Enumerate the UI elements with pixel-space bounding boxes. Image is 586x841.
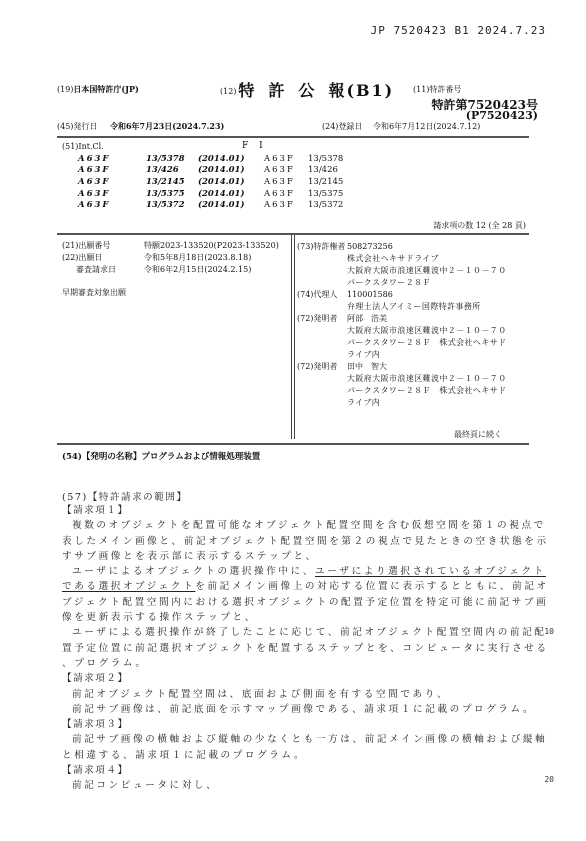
document-id-line: JP 7520423 B1 2024.7.23	[371, 24, 546, 37]
classification-row: A63F 13/5378 (2014.01) A63F 13/5378	[62, 153, 368, 165]
application-number: 特願2023-133520(P2023-133520)	[144, 240, 279, 251]
inventor-address-3: ライブ内	[347, 349, 380, 360]
issue-date-label: (45)発行日	[57, 122, 97, 131]
classification-row: A63F 13/426 (2014.01) A63F 13/426	[62, 165, 368, 177]
registration-date-label: (24)登録日	[322, 122, 362, 131]
claims-body: 【請求項１】 複数のオブジェクトを配置可能なオブジェクト配置空間を含む仮想空間を…	[62, 503, 532, 794]
issuing-office: (19)日本国特許庁(JP)	[57, 84, 139, 95]
column-divider	[291, 235, 295, 439]
application-info: (21)出願番号 特願2023-133520(P2023-133520) (22…	[62, 240, 279, 298]
claim-heading: 【請求項４】	[62, 763, 532, 778]
early-exam-note: 早期審査対象出願	[62, 287, 126, 298]
inventor-name: 田中 智大	[347, 361, 387, 372]
claim-line: 前記オブジェクト配置空間は、底面および側面を有する空間であり、	[62, 687, 532, 702]
inventor-address-1: 大阪府大阪市浪速区難波中２－１０－７０	[347, 325, 507, 336]
continued-note: 最終頁に続く	[454, 429, 502, 440]
claim-line: すサブ画像とを表示部に表示するステップと、	[62, 549, 532, 564]
inventor-address-2: パークスタワー２８Ｆ 株式会社ヘキサド	[347, 337, 507, 348]
claim-line: 前記サブ画像の横軸および縦軸の少なくとも一方は、前記メイン画像の横軸および縦軸	[62, 732, 532, 747]
claim-line: 置予定位置に前記選択オブジェクトを配置するステップとを、コンピュータに実行させる	[62, 641, 532, 656]
classification-row: A63F 13/5372 (2014.01) A63F 13/5372	[62, 199, 368, 211]
exam-request-date: 令和6年2月15日(2024.2.15)	[144, 264, 251, 275]
owner-id: 508273256	[347, 242, 393, 251]
kind-title-rest: 報(B1)	[328, 81, 394, 100]
registration-date-row: (24)登録日 令和6年7月12日(2024.7.12)	[322, 121, 480, 132]
claim-line: 表したメイン画像と、前記オブジェクト配置空間を第２の視点で見たときの空き状態を示	[62, 534, 532, 549]
owner-address-2: パークスタワー２８Ｆ	[347, 277, 431, 288]
owner-label: (73)特許権者	[297, 241, 347, 252]
header-divider	[57, 136, 529, 138]
underlined-amendment: ユーザにより選択されているオブジェクト	[315, 566, 546, 577]
filing-date: 令和5年8月18日(2023.8.18)	[144, 252, 251, 263]
kind-code: (12)	[220, 87, 236, 96]
filing-date-label: (22)出願日	[62, 252, 144, 263]
registration-date: 令和6年7月12日(2024.7.12)	[373, 122, 480, 131]
agent-label: (74)代理人	[297, 289, 347, 300]
exam-request-label: 審査請求日	[62, 264, 144, 275]
owner-name: 株式会社ヘキサドライブ	[347, 253, 439, 264]
inventor-label: (72)発明者	[297, 313, 347, 324]
int-cl-label: (51)Int.Cl.	[62, 142, 104, 151]
issue-date: 令和6年7月23日(2024.7.23)	[110, 121, 224, 131]
bibliography-divider	[57, 443, 529, 445]
application-number-label: (21)出願番号	[62, 240, 144, 251]
office-code: (19)	[57, 85, 73, 94]
kind-title-kanji: 特許公	[238, 81, 328, 100]
inventor-name: 阿部 浩美	[347, 313, 387, 324]
claim-line: である選択オブジェクトを前記メイン画像上の対応する位置に表示するとともに、前記オ	[62, 579, 532, 594]
invention-title: (54)【発明の名称】プログラムおよび情報処理装置	[62, 450, 260, 462]
claim-heading: 【請求項３】	[62, 717, 532, 732]
inventor-label: (72)発明者	[297, 361, 347, 372]
fi-label: F I	[242, 141, 267, 151]
agent-id: 110001586	[347, 290, 393, 299]
classification-row: A63F 13/2145 (2014.01) A63F 13/2145	[62, 176, 368, 188]
claim-line: 、プログラム。	[62, 656, 532, 671]
claim-line: 前記コンピュータに対し、	[62, 778, 532, 793]
inventor-address-1: 大阪府大阪市浪速区難波中２－１０－７０	[347, 373, 507, 384]
owner-address-1: 大阪府大阪市浪速区難波中２－１０－７０	[347, 265, 507, 276]
claim-heading: 【請求項２】	[62, 671, 532, 686]
line-number: 20	[544, 775, 554, 784]
claim-line: ユーザによる選択操作が終了したことに応じて、前記オブジェクト配置空間内の前記配	[62, 625, 532, 640]
claim-line: 像を更新表示する操作ステップと、	[62, 610, 532, 625]
classification-row: A63F 13/5375 (2014.01) A63F 13/5375	[62, 188, 368, 200]
claim-line: 前記サブ画像は、前記底面を示すマップ画像である、請求項１に記載のプログラム。	[62, 702, 532, 717]
parties-info: (73)特許権者 508273256 株式会社ヘキサドライブ 大阪府大阪市浪速区…	[297, 240, 507, 408]
agent-name: 弁理士法人アイミー国際特許事務所	[347, 301, 481, 312]
claim-line: ユーザによるオブジェクトの選択操作中に、ユーザにより選択されているオブジェクト	[62, 564, 532, 579]
claim-line: ブジェクト配置空間内における選択オブジェクトの配置予定位置を特定可能に前記サブ画	[62, 595, 532, 610]
claim-line: 複数のオブジェクトを配置可能なオブジェクト配置空間を含む仮想空間を第１の視点で	[62, 518, 532, 533]
claims-count: 請求項の数 12 (全 28 頁)	[433, 220, 526, 231]
claim-heading: 【請求項１】	[62, 503, 532, 518]
publication-kind-title: (12)特許公報(B1)	[220, 78, 394, 101]
inventor-address-2: パークスタワー２８Ｆ 株式会社ヘキサド	[347, 385, 507, 396]
office-name: 日本国特許庁(JP)	[73, 84, 138, 94]
classification-table: A63F 13/5378 (2014.01) A63F 13/5378 A63F…	[62, 153, 368, 211]
line-number: 10	[544, 627, 554, 636]
inventor-address-3: ライブ内	[347, 397, 380, 408]
issue-date-row: (45)発行日 令和6年7月23日(2024.7.23)	[57, 121, 224, 132]
claim-line: と相違する、請求項１に記載のプログラム。	[62, 748, 532, 763]
claims-section-heading: (57)【特許請求の範囲】	[62, 489, 188, 503]
patent-number-label: (11)特許番号	[413, 84, 461, 95]
underlined-amendment: である選択オブジェクト	[62, 581, 195, 592]
